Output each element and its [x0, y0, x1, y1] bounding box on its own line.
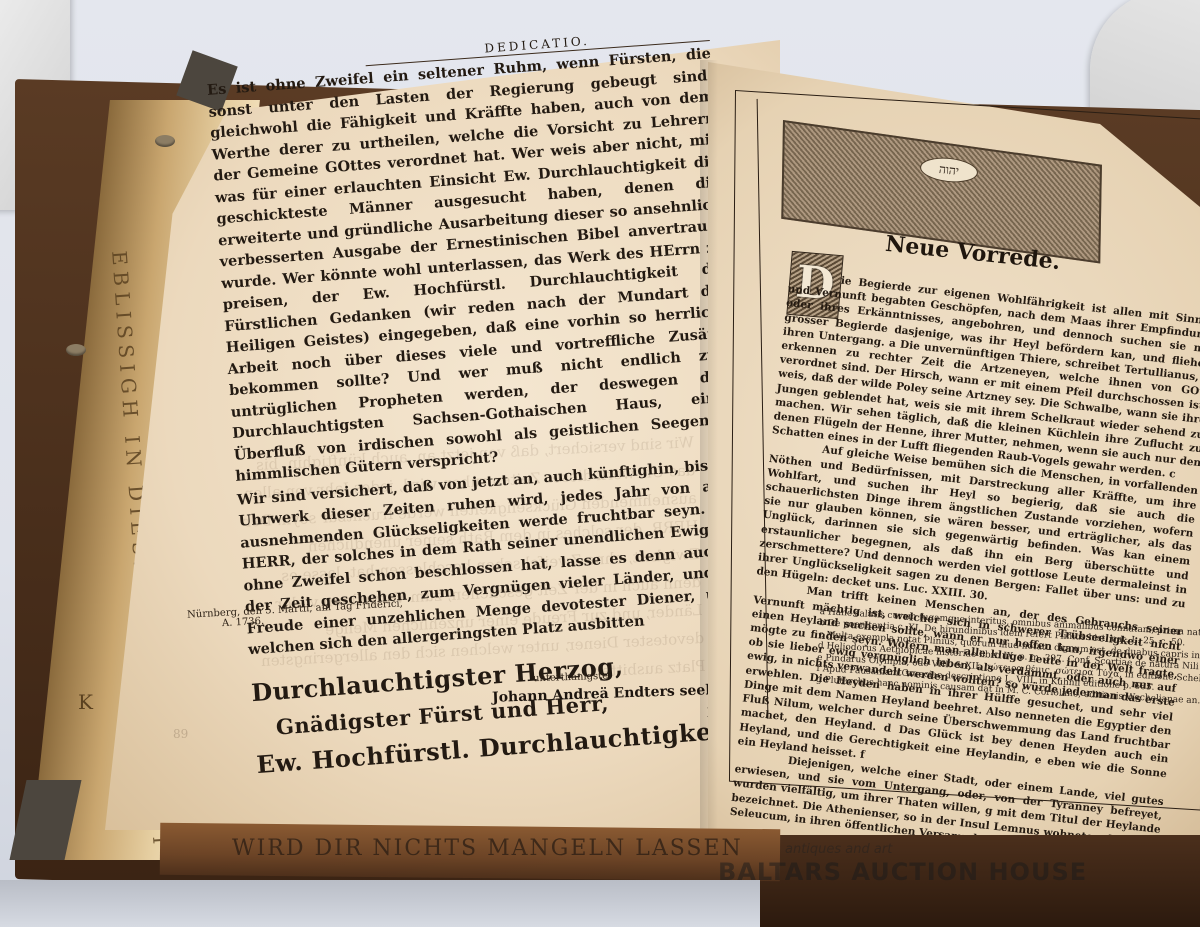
footnote-mark: e	[817, 653, 823, 663]
footnote-mark: d	[818, 641, 824, 651]
dedication-paragraph: Wir sind versichert, daß von jetzt an, a…	[236, 452, 752, 661]
watermark-subtitle: antiques and art	[785, 842, 892, 857]
dedication-paragraph: Es ist ohne Zweifel ein seltener Ruhm, w…	[206, 43, 740, 487]
spine-bottom-label: WIRD DIR NICHTS MANGELN LASSEN	[232, 836, 743, 861]
year: A. 1736.	[222, 616, 265, 629]
watermark-logo: BALTARS AUCTION HOUSE	[718, 858, 1087, 886]
table-surface	[0, 880, 760, 927]
clasp-icon	[155, 135, 175, 147]
footnote-mark: c	[818, 630, 824, 640]
footnote-mark: f	[816, 664, 820, 674]
footnote-mark: b	[819, 618, 825, 628]
gutter-shadow	[700, 60, 718, 830]
clasp-icon	[66, 344, 86, 356]
spine-side-letter: K	[78, 690, 93, 714]
footnote-mark: g	[816, 675, 822, 685]
preface-text: ie Begierde zur eigenen Wohlfährigkeit i…	[729, 268, 1200, 866]
ghost-page-number: 89	[173, 727, 188, 741]
open-book: EBLISSIGH IN DIESEM TEUREN EDITI K Wir s…	[0, 0, 1200, 927]
footnote-mark: a	[819, 607, 825, 617]
dedication-text: DEDICATIO. Es ist ohne Zweifel ein selte…	[205, 25, 762, 783]
